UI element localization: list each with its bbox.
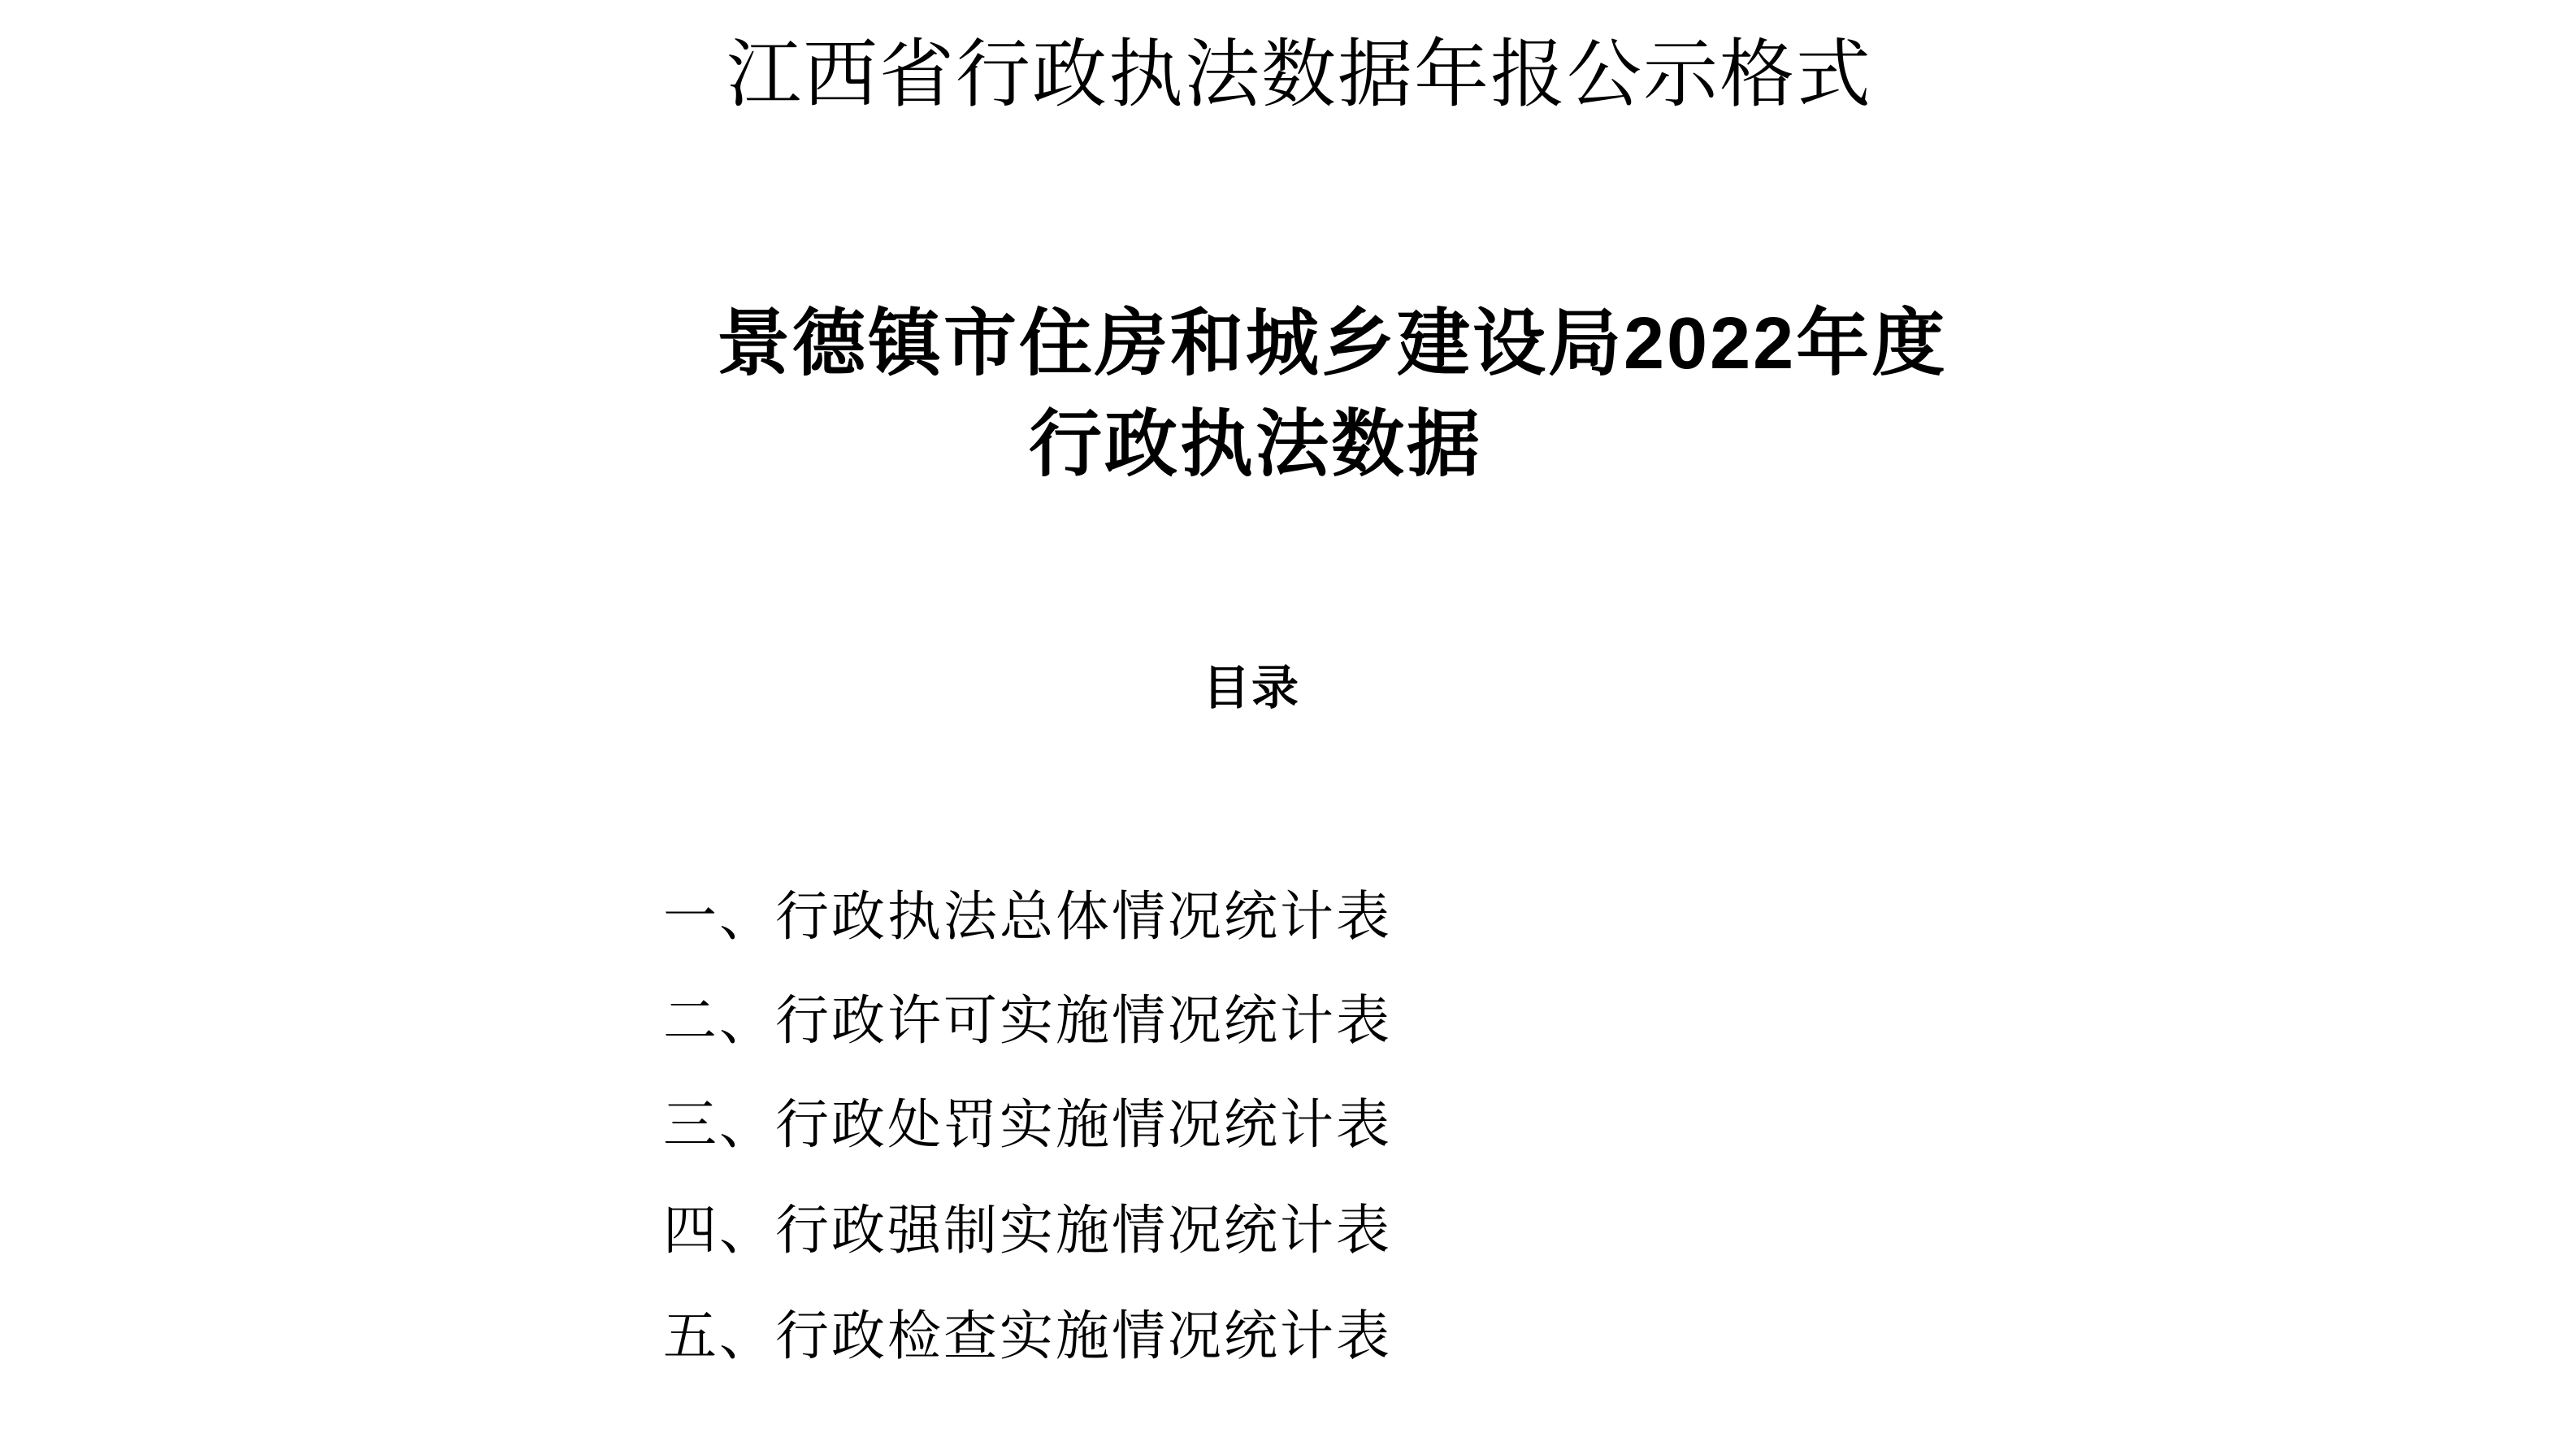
- toc-item-administrative-penalty: 三、行政处罚实施情况统计表: [663, 1099, 1392, 1153]
- document-header-title: 江西省行政执法数据年报公示格式: [726, 37, 1872, 112]
- report-title-line1: 景德镇市住房和城乡建设局2022年度: [717, 307, 1947, 380]
- toc-item-administrative-inspection: 五、行政检查实施情况统计表: [663, 1310, 1392, 1364]
- toc-item-overall-situation: 一、行政执法总体情况统计表: [663, 891, 1392, 945]
- toc-item-administrative-coercion: 四、行政强制实施情况统计表: [663, 1205, 1392, 1258]
- toc-heading: 目录: [1203, 665, 1300, 712]
- report-title-line2: 行政执法数据: [1029, 408, 1482, 481]
- toc-item-administrative-licensing: 二、行政许可实施情况统计表: [663, 995, 1392, 1049]
- document-page: 江西省行政执法数据年报公示格式 景德镇市住房和城乡建设局2022年度 行政执法数…: [0, 0, 2576, 1429]
